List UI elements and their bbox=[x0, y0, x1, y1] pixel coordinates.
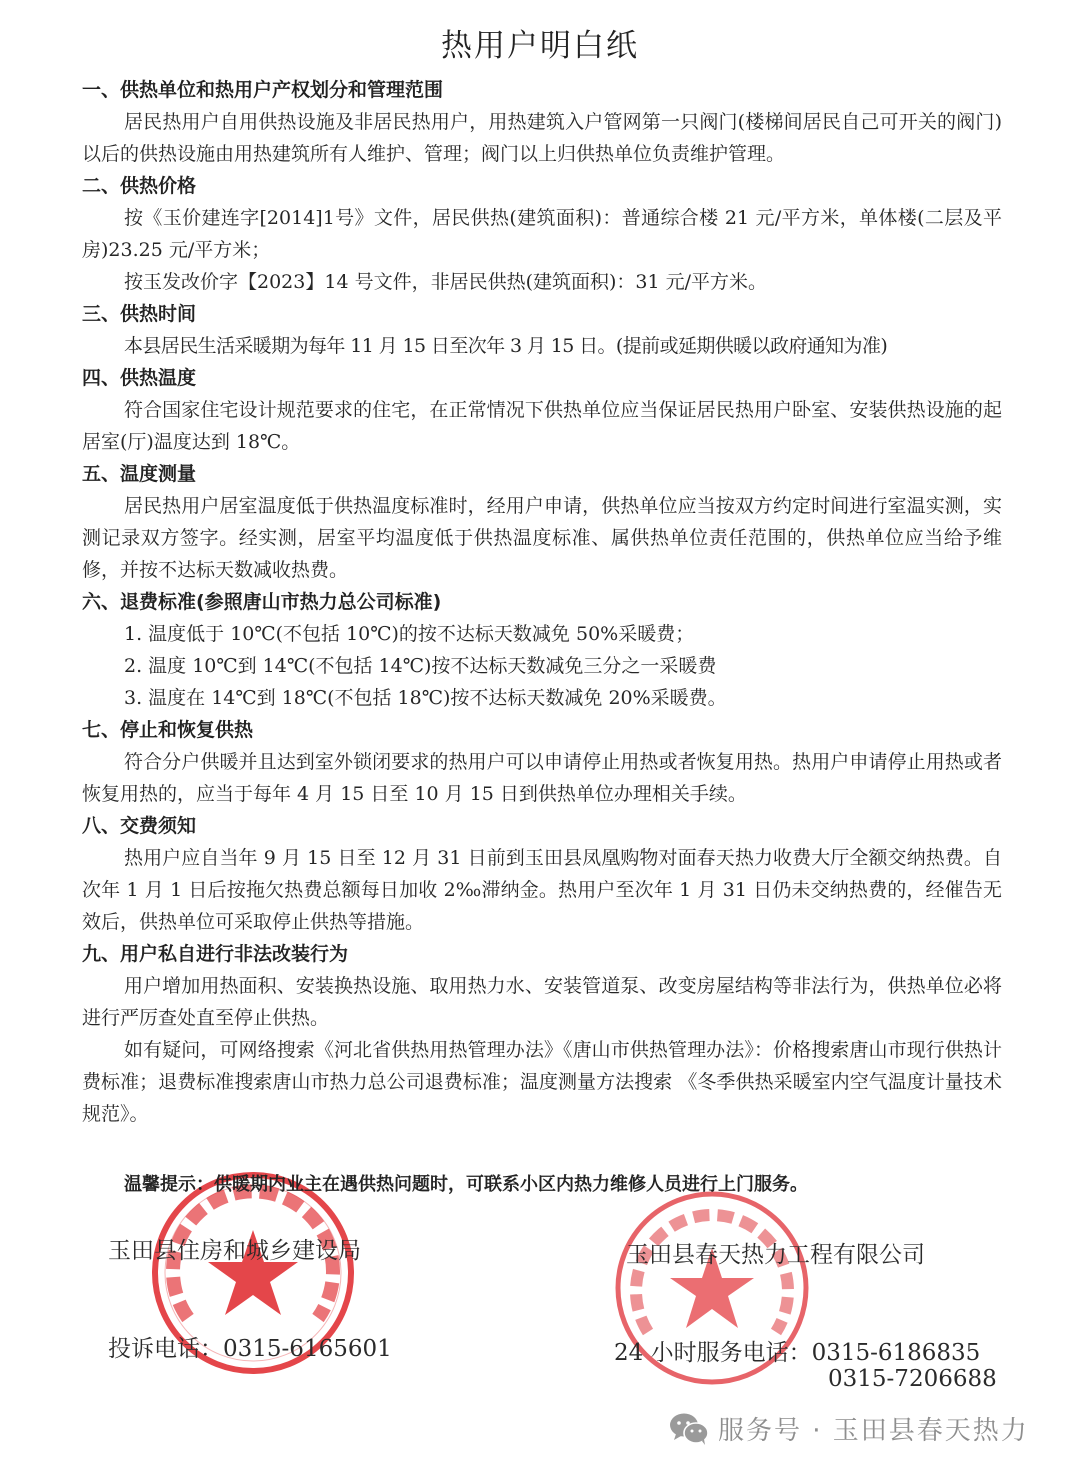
section-paragraph: 符合分户供暖并且达到室外锁闭要求的热用户可以申请停止用热或者恢复用热。热用户申请… bbox=[82, 746, 1002, 810]
section-1: 一、供热单位和热用户产权划分和管理范围 居民热用户自用供热设施及非居民热用户，用… bbox=[82, 74, 1002, 170]
service-account-watermark: 服务号 · 玉田县春天热力 bbox=[668, 1410, 1029, 1447]
complaint-phone-label: 投诉电话： bbox=[108, 1336, 223, 1362]
section-heading: 五、温度测量 bbox=[82, 458, 1002, 490]
section-heading: 六、退费标准(参照唐山市热力总公司标准) bbox=[82, 586, 1002, 618]
refund-item: 2. 温度 10℃到 14℃(不包括 14℃)按不达标天数减免三分之一采暖费 bbox=[82, 650, 1002, 682]
left-signature: 玉田县住房和城乡建设局 bbox=[108, 1232, 361, 1265]
section-heading: 四、供热温度 bbox=[82, 362, 1002, 394]
service-phone-label: 24 小时服务电话： bbox=[614, 1340, 812, 1366]
section-paragraph: 按玉发改价字【2023】14 号文件，非居民供热(建筑面积)：31 元/平方米。 bbox=[82, 266, 1002, 298]
complaint-phone: 投诉电话：0315-6165601 bbox=[108, 1330, 392, 1363]
section-4: 四、供热温度 符合国家住宅设计规范要求的住宅，在正常情况下供热单位应当保证居民热… bbox=[82, 362, 1002, 458]
section-3: 三、供热时间 本县居民生活采暖期为每年 11 月 15 日至次年 3 月 15 … bbox=[82, 298, 1002, 362]
section-heading: 二、供热价格 bbox=[82, 170, 1002, 202]
section-paragraph: 符合国家住宅设计规范要求的住宅，在正常情况下供热单位应当保证居民热用户卧室、安装… bbox=[82, 394, 1002, 458]
watermark-label: 服务号 · 玉田县春天热力 bbox=[718, 1410, 1029, 1447]
right-signature: 玉田县春天热力工程有限公司 bbox=[626, 1236, 925, 1269]
section-5: 五、温度测量 居民热用户居室温度低于供热温度标准时，经用户申请，供热单位应当按双… bbox=[82, 458, 1002, 586]
section-heading: 一、供热单位和热用户产权划分和管理范围 bbox=[82, 74, 1002, 106]
warm-tip: 温馨提示：供暖期内业主在遇供热问题时，可联系小区内热力维修人员进行上门服务。 bbox=[124, 1170, 808, 1196]
service-phone-2: 0315-7206688 bbox=[828, 1366, 997, 1392]
section-9: 九、用户私自进行非法改装行为 用户增加用热面积、安装换热设施、取用热力水、安装管… bbox=[82, 938, 1002, 1130]
section-8: 八、交费须知 热用户应自当年 9 月 15 日至 12 月 31 日前到玉田县凤… bbox=[82, 810, 1002, 938]
left-org-name: 玉田县住房和城乡建设局 bbox=[108, 1232, 361, 1265]
section-paragraph: 本县居民生活采暖期为每年 11 月 15 日至次年 3 月 15 日。(提前或延… bbox=[82, 330, 1002, 362]
section-heading: 九、用户私自进行非法改装行为 bbox=[82, 938, 1002, 970]
section-paragraph: 按《玉价建连字[2014]1号》文件，居民供热(建筑面积)：普通综合楼 21 元… bbox=[82, 202, 1002, 266]
complaint-phone-number: 0315-6165601 bbox=[223, 1336, 392, 1362]
section-heading: 七、停止和恢复供热 bbox=[82, 714, 1002, 746]
service-phone-number-1: 0315-6186835 bbox=[812, 1340, 981, 1366]
service-phone-number-2: 0315-7206688 bbox=[828, 1366, 997, 1392]
section-paragraph: 居民热用户自用供热设施及非居民热用户，用热建筑入户管网第一只阀门(楼梯间居民自己… bbox=[82, 106, 1002, 170]
section-2: 二、供热价格 按《玉价建连字[2014]1号》文件，居民供热(建筑面积)：普通综… bbox=[82, 170, 1002, 298]
service-phone: 24 小时服务电话：0315-6186835 bbox=[614, 1334, 980, 1367]
refund-item: 3. 温度在 14℃到 18℃(不包括 18℃)按不达标天数减免 20%采暖费。 bbox=[82, 682, 1002, 714]
section-heading: 三、供热时间 bbox=[82, 298, 1002, 330]
wechat-icon bbox=[668, 1412, 710, 1446]
section-7: 七、停止和恢复供热 符合分户供暖并且达到室外锁闭要求的热用户可以申请停止用热或者… bbox=[82, 714, 1002, 810]
section-6: 六、退费标准(参照唐山市热力总公司标准) 1. 温度低于 10℃(不包括 10℃… bbox=[82, 586, 1002, 714]
section-paragraph: 用户增加用热面积、安装换热设施、取用热力水、安装管道泵、改变房屋结构等非法行为，… bbox=[82, 970, 1002, 1034]
document-title: 热用户明白纸 bbox=[0, 20, 1080, 65]
refund-item: 1. 温度低于 10℃(不包括 10℃)的按不达标天数减免 50%采暖费； bbox=[82, 618, 1002, 650]
section-paragraph: 如有疑问，可网络搜索《河北省供热用热管理办法》《唐山市供热管理办法》：价格搜索唐… bbox=[82, 1034, 1002, 1130]
section-paragraph: 居民热用户居室温度低于供热温度标准时，经用户申请，供热单位应当按双方约定时间进行… bbox=[82, 490, 1002, 586]
notice-page: 热用户明白纸 一、供热单位和热用户产权划分和管理范围 居民热用户自用供热设施及非… bbox=[0, 0, 1080, 1474]
section-heading: 八、交费须知 bbox=[82, 810, 1002, 842]
section-paragraph: 热用户应自当年 9 月 15 日至 12 月 31 日前到玉田县凤凰购物对面春天… bbox=[82, 842, 1002, 938]
document-body: 一、供热单位和热用户产权划分和管理范围 居民热用户自用供热设施及非居民热用户，用… bbox=[82, 74, 1002, 1130]
right-org-name: 玉田县春天热力工程有限公司 bbox=[626, 1236, 925, 1269]
